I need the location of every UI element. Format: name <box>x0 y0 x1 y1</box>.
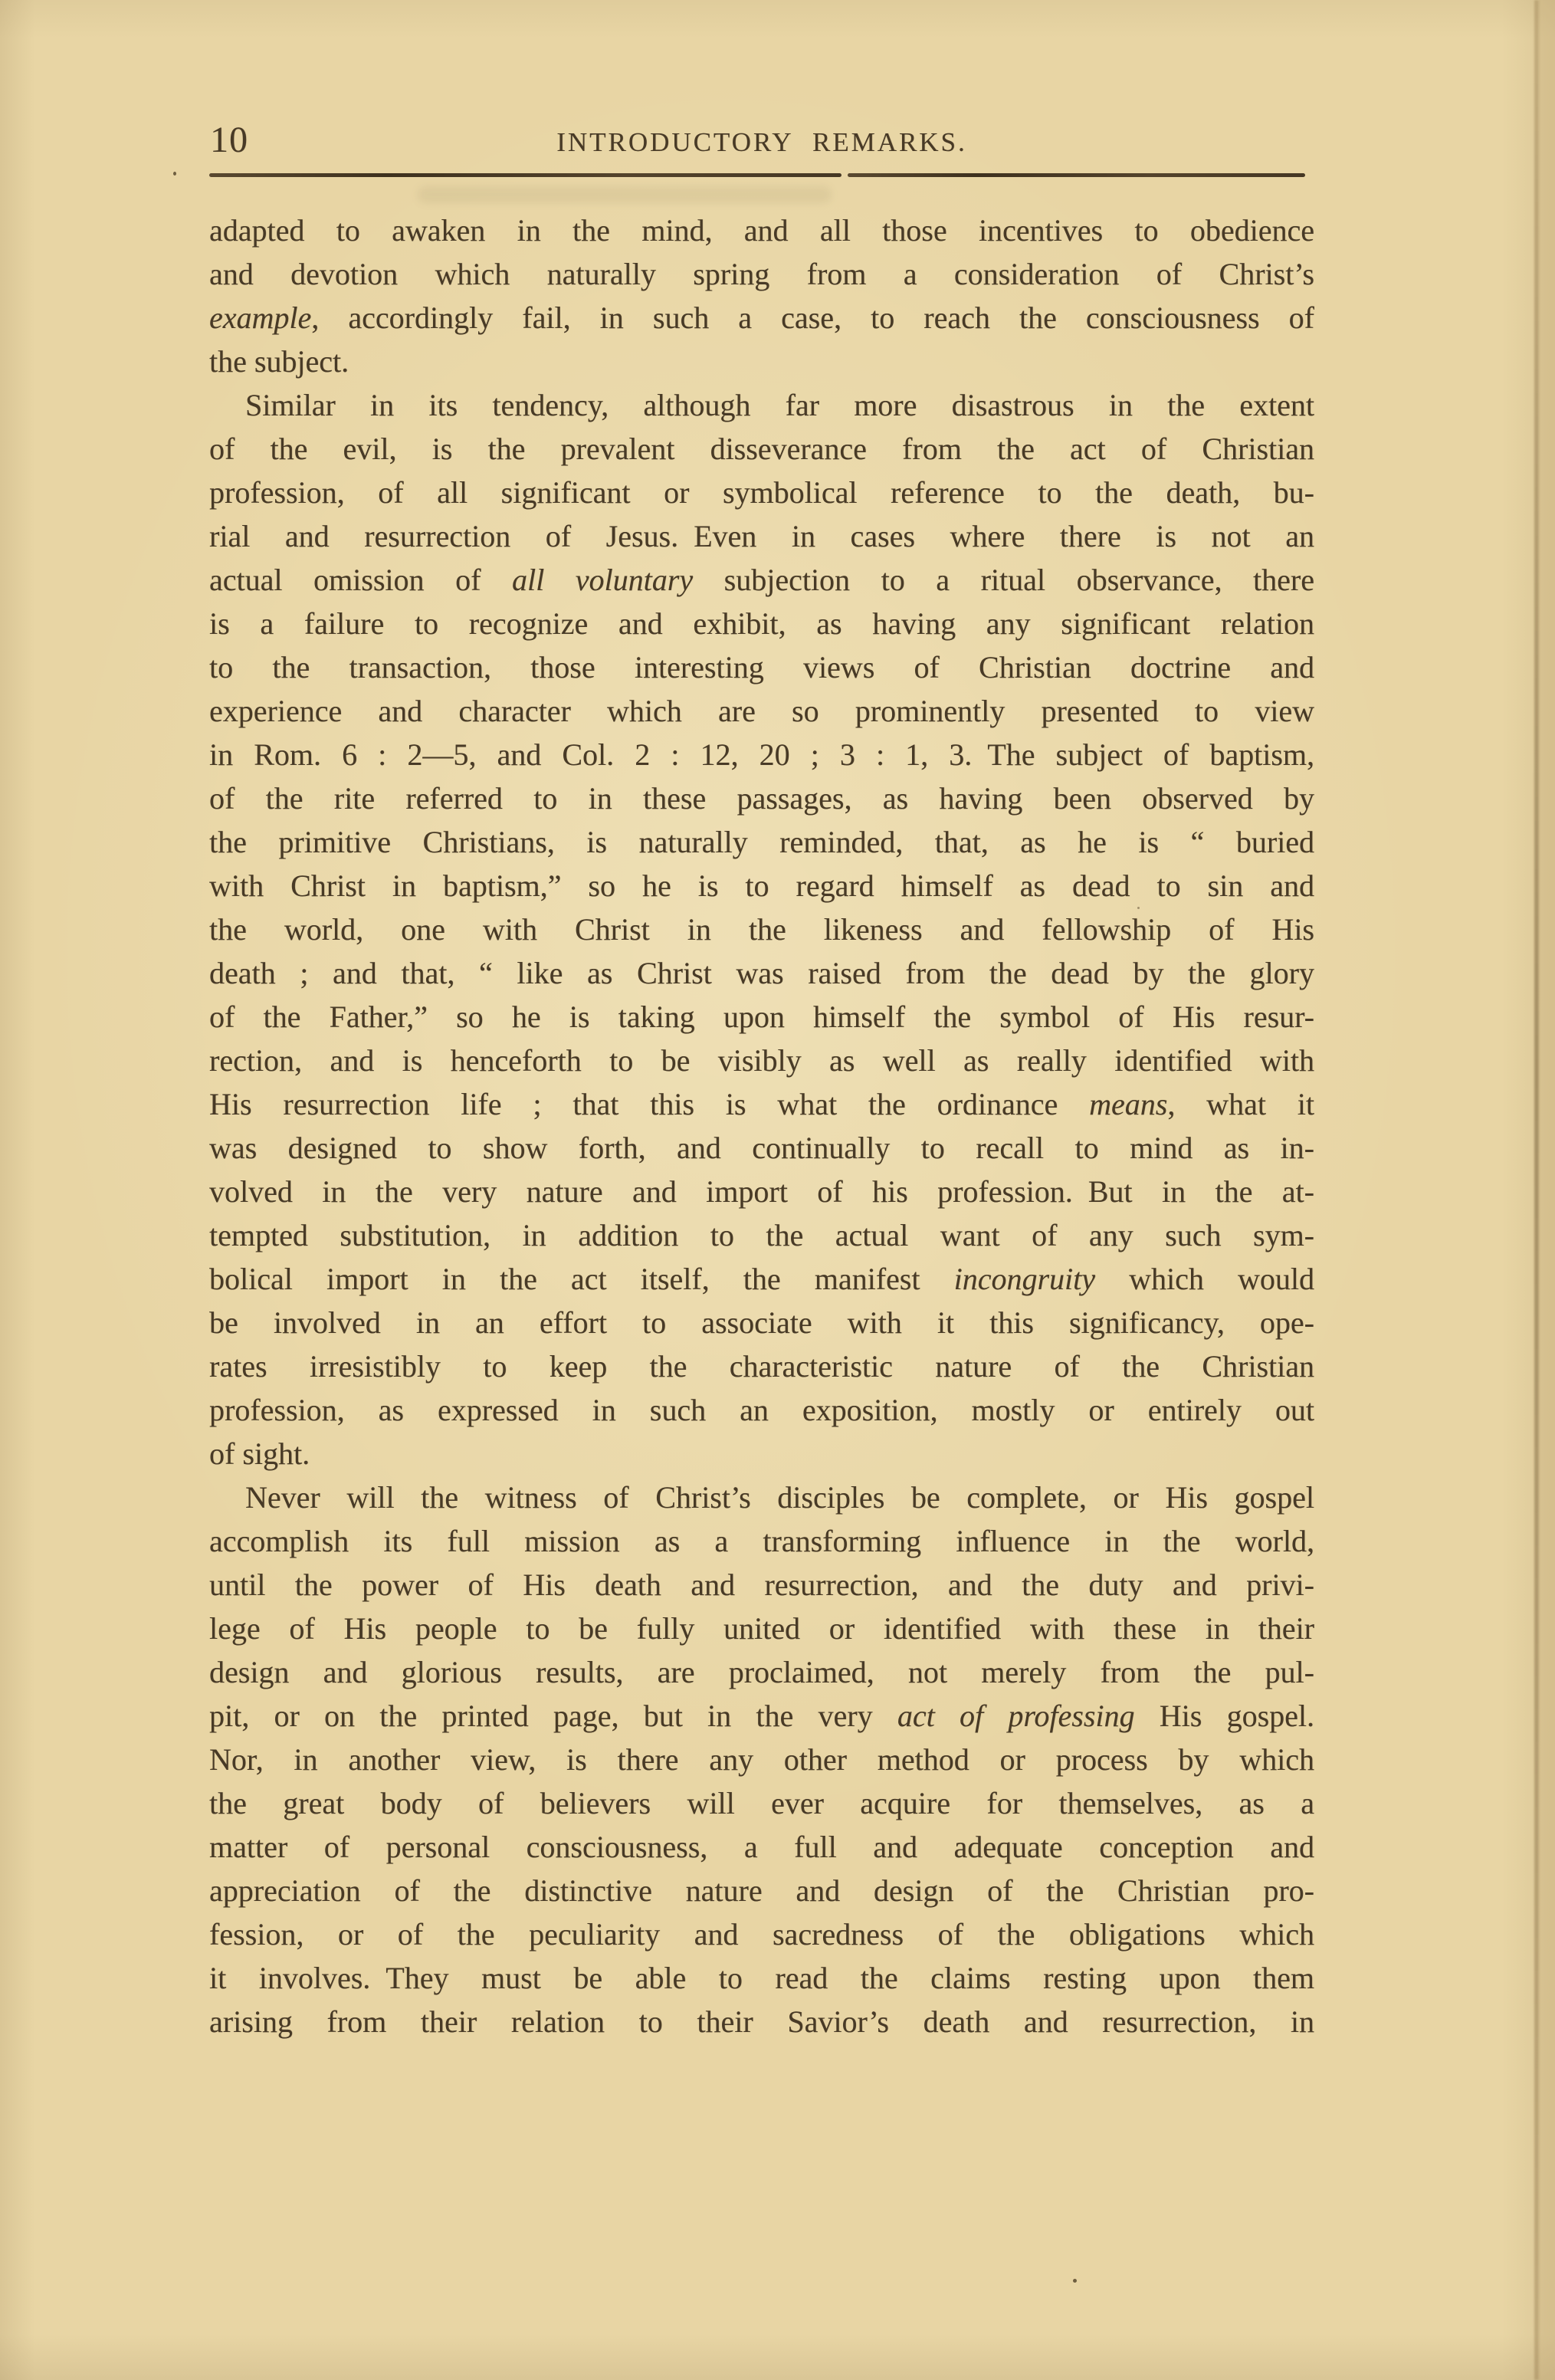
text-segment: tempted substitution, in addition to the… <box>209 1218 1314 1252</box>
text-line: volved in the very nature and import of … <box>209 1170 1314 1213</box>
text-segment: , what it <box>1167 1087 1314 1121</box>
text-segment: and devotion which naturally spring from… <box>209 257 1314 291</box>
text-segment: profession, of all significant or symbol… <box>209 475 1314 510</box>
paper-speck <box>173 172 176 176</box>
text-segment: Similar in its tendency, although far mo… <box>245 388 1314 422</box>
text-segment: Never will the witness of Christ’s disci… <box>245 1480 1314 1515</box>
text-line: example, accordingly fail, in such a cas… <box>209 296 1314 340</box>
text-segment: the subject. <box>209 344 349 379</box>
text-segment: subjection to a ritual observance, there <box>693 563 1314 597</box>
text-line: Never will the witness of Christ’s disci… <box>209 1476 1314 1519</box>
text-segment: with Christ in baptism,” so he is to reg… <box>209 868 1314 903</box>
text-line: was designed to show forth, and continua… <box>209 1126 1314 1170</box>
text-segment: to the transaction, those interesting vi… <box>209 650 1314 684</box>
text-segment: of the rite referred to in these passage… <box>209 781 1314 816</box>
text-segment: of sight. <box>209 1436 310 1471</box>
text-line: accomplish its full mission as a transfo… <box>209 1519 1314 1563</box>
text-line: appreciation of the distinctive nature a… <box>209 1869 1314 1912</box>
paper-speck <box>1073 2279 1077 2283</box>
text-segment: adapted to awaken in the mind, and all t… <box>209 213 1314 248</box>
text-line: is a failure to recognize and exhibit, a… <box>209 602 1314 645</box>
text-segment: His gospel. <box>1135 1699 1314 1733</box>
text-line: of sight. <box>209 1432 1314 1476</box>
text-segment: in Rom. 6 : 2—5, and Col. 2 : 12, 20 ; 3… <box>209 737 1314 772</box>
text-line: of the rite referred to in these passage… <box>209 776 1314 820</box>
text-line: profession, of all significant or symbol… <box>209 471 1314 514</box>
text-line: to the transaction, those interesting vi… <box>209 645 1314 689</box>
header-rule-segment <box>209 173 841 177</box>
text-line: pit, or on the printed page, but in the … <box>209 1694 1314 1738</box>
text-segment: the world, one with Christ in the likene… <box>209 912 1314 947</box>
italic-text-segment: means <box>1089 1087 1167 1121</box>
text-segment: death ; and that, “ like as Christ was r… <box>209 956 1314 990</box>
text-line: actual omission of all voluntary subject… <box>209 558 1314 602</box>
text-line: the subject. <box>209 340 1314 383</box>
text-line: it involves. They must be able to read t… <box>209 1956 1314 2000</box>
text-line: and devotion which naturally spring from… <box>209 252 1314 296</box>
text-line: tempted substitution, in addition to the… <box>209 1213 1314 1257</box>
text-line: rial and resurrection of Jesus. Even in … <box>209 514 1314 558</box>
text-segment: was designed to show forth, and continua… <box>209 1131 1314 1165</box>
text-line: lege of His people to be fully united or… <box>209 1607 1314 1650</box>
text-line: death ; and that, “ like as Christ was r… <box>209 951 1314 995</box>
text-segment: the primitive Christians, is naturally r… <box>209 825 1314 859</box>
text-line: rates irresistibly to keep the character… <box>209 1344 1314 1388</box>
text-segment: accomplish its full mission as a transfo… <box>209 1524 1314 1558</box>
text-line: experience and character which are so pr… <box>209 689 1314 733</box>
text-segment: bolical import in the act itself, the ma… <box>209 1262 954 1296</box>
text-line: the world, one with Christ in the likene… <box>209 908 1314 951</box>
text-line: fession, or of the peculiarity and sacre… <box>209 1912 1314 1956</box>
text-segment: be involved in an effort to associate wi… <box>209 1305 1314 1340</box>
text-segment: volved in the very nature and import of … <box>209 1174 1314 1209</box>
text-segment: design and glorious results, are proclai… <box>209 1655 1314 1689</box>
text-line: matter of personal consciousness, a full… <box>209 1825 1314 1869</box>
text-segment: rial and resurrection of Jesus. Even in … <box>209 519 1314 553</box>
text-segment: it involves. They must be able to read t… <box>209 1961 1314 1995</box>
italic-text-segment: all voluntary <box>512 563 693 597</box>
text-segment: experience and character which are so pr… <box>209 694 1314 728</box>
text-line: in Rom. 6 : 2—5, and Col. 2 : 12, 20 ; 3… <box>209 733 1314 776</box>
text-segment: profession, as expressed in such an expo… <box>209 1393 1314 1427</box>
text-line: adapted to awaken in the mind, and all t… <box>209 208 1314 252</box>
text-segment: arising from their relation to their Sav… <box>209 2004 1314 2039</box>
text-line: His resurrection life ; that this is wha… <box>209 1082 1314 1126</box>
text-segment: until the power of His death and resurre… <box>209 1568 1314 1602</box>
text-segment: , accordingly fail, in such a case, to r… <box>311 300 1314 335</box>
text-segment: matter of personal consciousness, a full… <box>209 1830 1314 1864</box>
text-segment: rection, and is henceforth to be visibly… <box>209 1043 1314 1078</box>
text-line: with Christ in baptism,” so he is to reg… <box>209 864 1314 908</box>
book-page: 10 INTRODUCTORY REMARKS. adapted to awak… <box>0 0 1555 2380</box>
text-line: design and glorious results, are proclai… <box>209 1650 1314 1694</box>
text-segment: the great body of believers will ever ac… <box>209 1786 1314 1820</box>
text-segment: lege of His people to be fully united or… <box>209 1611 1314 1646</box>
text-segment: His resurrection life ; that this is wha… <box>209 1087 1089 1121</box>
text-line: arising from their relation to their Sav… <box>209 2000 1314 2044</box>
text-segment: is a failure to recognize and exhibit, a… <box>209 606 1314 641</box>
text-segment: of the evil, is the prevalent disseveran… <box>209 432 1314 466</box>
text-line: of the Father,” so he is taking upon him… <box>209 995 1314 1039</box>
page-edge-margin <box>1539 0 1555 2380</box>
text-line: be involved in an effort to associate wi… <box>209 1301 1314 1344</box>
text-line: rection, and is henceforth to be visibly… <box>209 1039 1314 1082</box>
text-segment: appreciation of the distinctive nature a… <box>209 1873 1314 1908</box>
italic-text-segment: act of professing <box>897 1699 1135 1733</box>
text-segment: actual omission of <box>209 563 512 597</box>
header-rule-segment <box>848 173 1305 177</box>
italic-text-segment: example <box>209 300 311 335</box>
text-segment: fession, or of the peculiarity and sacre… <box>209 1917 1314 1952</box>
text-line: bolical import in the act itself, the ma… <box>209 1257 1314 1301</box>
italic-text-segment: incongruity <box>954 1262 1095 1296</box>
text-line: Nor, in another view, is there any other… <box>209 1738 1314 1781</box>
text-line: until the power of His death and resurre… <box>209 1563 1314 1607</box>
header-rule <box>209 173 1305 177</box>
text-segment: of the Father,” so he is taking upon him… <box>209 1000 1314 1034</box>
running-title: INTRODUCTORY REMARKS. <box>209 128 1314 158</box>
text-line: Similar in its tendency, although far mo… <box>209 383 1314 427</box>
text-segment: which would <box>1095 1262 1314 1296</box>
text-line: of the evil, is the prevalent disseveran… <box>209 427 1314 471</box>
text-segment: pit, or on the printed page, but in the … <box>209 1699 897 1733</box>
show-through-smudge <box>418 186 832 203</box>
text-line: the great body of believers will ever ac… <box>209 1781 1314 1825</box>
paper-speck <box>1137 907 1140 909</box>
text-segment: rates irresistibly to keep the character… <box>209 1349 1314 1384</box>
text-line: profession, as expressed in such an expo… <box>209 1388 1314 1432</box>
text-line: the primitive Christians, is naturally r… <box>209 820 1314 864</box>
body-text: adapted to awaken in the mind, and all t… <box>209 208 1314 2044</box>
text-segment: Nor, in another view, is there any other… <box>209 1742 1314 1777</box>
